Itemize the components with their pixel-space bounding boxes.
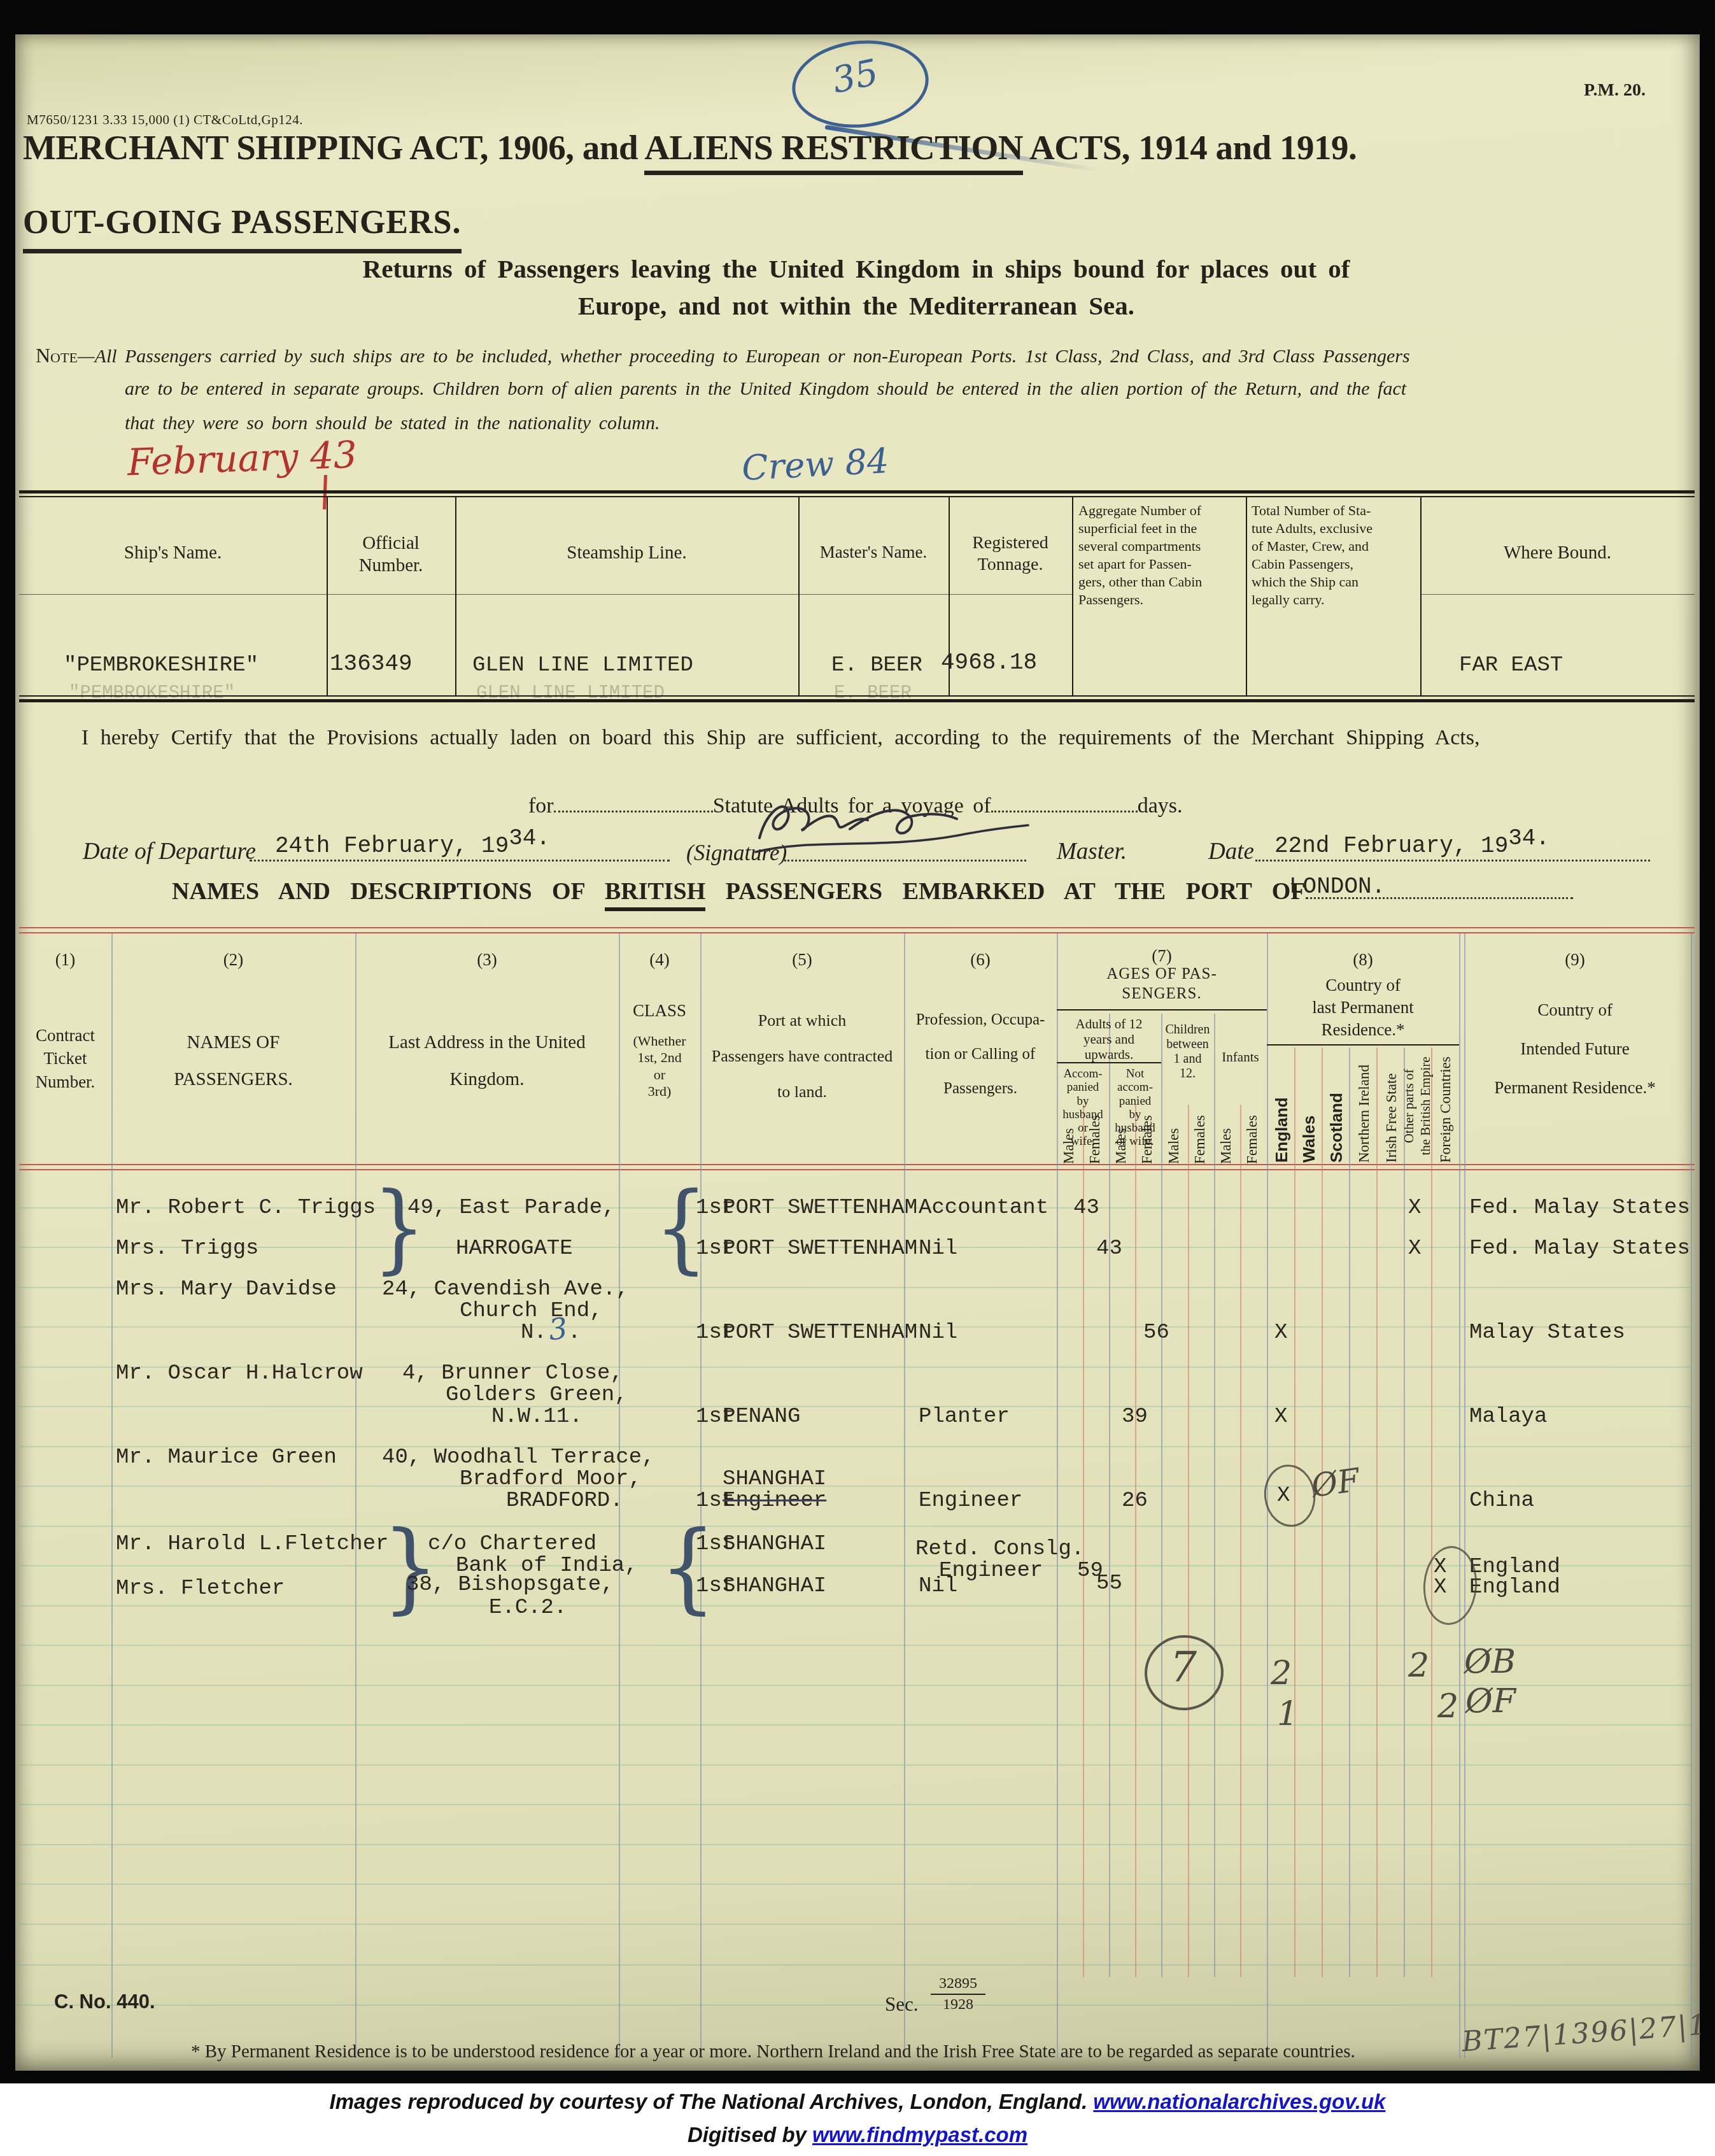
- credit-text1: Images reproduced by courtesy of The Nat…: [330, 2090, 1094, 2113]
- row3-age: 56: [1143, 1321, 1169, 1345]
- row1-profession: Accountant: [919, 1196, 1048, 1220]
- triggs-brace-right: {: [654, 1179, 708, 1276]
- row5-port: SHANGHAI: [723, 1467, 826, 1491]
- master-label: Master.: [1057, 838, 1127, 865]
- national-archives-link[interactable]: www.nationalarchives.gov.uk: [1093, 2090, 1385, 2113]
- header-children: Children between 1 and 12.: [1161, 1023, 1214, 1081]
- act-title: MERCHANT SHIPPING ACT, 1906, and ALIENS …: [23, 127, 1357, 167]
- master-name-value: E. BEER: [831, 653, 922, 677]
- row4-profession: Planter: [919, 1405, 1010, 1429]
- row2-name: Mrs. Triggs: [116, 1237, 258, 1261]
- steamship-line-carbon-ghost: GLEN LINE LIMITED: [476, 683, 665, 704]
- row3-residence-mark: X: [1274, 1321, 1287, 1345]
- credit-line1: Images reproduced by courtesy of The Nat…: [0, 2090, 1715, 2114]
- embark-title-part1: NAMES AND DESCRIPTIONS OF: [172, 878, 605, 905]
- res-foreign-countries: Foreign Countries: [1437, 1051, 1454, 1163]
- row7-age: 55: [1096, 1571, 1122, 1596]
- date-of-departure-label: Date of Departure: [83, 838, 256, 865]
- row7-port: SHANGHAI: [723, 1574, 826, 1598]
- date-label: Date: [1208, 838, 1254, 865]
- res-england: England: [1272, 1081, 1292, 1163]
- row3-profession: Nil: [919, 1321, 957, 1345]
- row7-profession: Nil: [919, 1574, 957, 1598]
- row4-address1: 4, Brunner Close,: [402, 1361, 623, 1386]
- outgoing-heading: OUT-GOING PASSENGERS.: [23, 204, 462, 253]
- steamship-line-value: GLEN LINE LIMITED: [472, 653, 693, 677]
- act-title-part1: MERCHANT SHIPPING ACT, 1906, and: [23, 128, 644, 167]
- row4-age: 39: [1122, 1405, 1148, 1429]
- ages-females-3: Females: [1192, 1090, 1208, 1164]
- embark-title-british: BRITISH: [605, 878, 705, 911]
- registered-tonnage-header: Registered Tonnage.: [949, 532, 1072, 575]
- row5-address1: 40, Woodhall Terrace,: [382, 1445, 654, 1470]
- row3-postal-district-handwritten: 3: [547, 1311, 569, 1347]
- handwritten-month: February 43: [127, 433, 358, 485]
- findmypast-link[interactable]: www.findmypast.com: [812, 2123, 1027, 2146]
- row3-port: PORT SWETTENHAM: [723, 1321, 917, 1345]
- row7-name: Mrs. Fletcher: [116, 1577, 285, 1601]
- row2-age: 43: [1096, 1237, 1122, 1261]
- credit-text2: Digitised by: [688, 2123, 812, 2146]
- returns-line2: Europe, and not within the Mediterranean…: [19, 290, 1693, 321]
- row3-address3: N.: [521, 1321, 547, 1345]
- statute-adults-header: Total Number of Sta- tute Adults, exclus…: [1252, 502, 1417, 609]
- row3-address2: Church End,: [460, 1299, 602, 1323]
- header-class-sub: (Whether 1st, 2nd or 3rd): [619, 1033, 700, 1100]
- col-number-9: (9): [1459, 950, 1691, 970]
- row6-address1: c/o Chartered: [428, 1532, 596, 1556]
- header-names: NAMES OF PASSENGERS.: [111, 1024, 355, 1098]
- official-number-value: 136349: [330, 651, 413, 677]
- col-number-6: (6): [904, 950, 1057, 970]
- row5-destination: China: [1469, 1489, 1534, 1513]
- row4-address3: N.W.11.: [491, 1405, 582, 1429]
- row4-name: Mr. Oscar H.Halcrow: [116, 1361, 363, 1386]
- row1-destination: Fed. Malay States: [1469, 1196, 1690, 1220]
- ship-name-carbon-ghost: "PEMBROKESHIRE": [69, 683, 235, 704]
- row6-profession1: Retd. Conslg.: [915, 1537, 1084, 1561]
- col-number-3: (3): [355, 950, 619, 970]
- superficial-feet-header: Aggregate Number of superficial feet in …: [1078, 502, 1243, 609]
- credits-band: Images reproduced by courtesy of The Nat…: [0, 2083, 1715, 2156]
- total-males: 2: [1271, 1654, 1292, 1692]
- res-scotland: Scotland: [1327, 1081, 1346, 1163]
- certify-date-main: 22nd February, 19: [1274, 833, 1508, 859]
- row4-residence-mark: X: [1274, 1405, 1287, 1429]
- row6-name: Mr. Harold L.Fletcher: [116, 1532, 388, 1556]
- header-last-address: Last Address in the United Kingdom.: [355, 1024, 619, 1098]
- row6-port: SHANGHAI: [723, 1532, 826, 1556]
- col-number-8: (8): [1267, 950, 1459, 970]
- fletcher-brace-right: {: [660, 1519, 716, 1617]
- total-ob-note: ØB: [1464, 1643, 1516, 1681]
- res-other-british-empire: Other parts of the British Empire: [1401, 1046, 1435, 1167]
- row2-destination: Fed. Malay States: [1469, 1237, 1690, 1261]
- master-name-header: Master's Name.: [798, 543, 949, 562]
- res-irish-free-state: Irish Free State: [1383, 1060, 1400, 1163]
- col-number-1: (1): [19, 950, 111, 970]
- row1-residence-mark: X: [1408, 1196, 1421, 1220]
- col-number-5: (5): [700, 950, 904, 970]
- steamship-line-header: Steamship Line.: [455, 543, 798, 564]
- master-carbon-ghost: E. BEER: [834, 683, 912, 704]
- row5-correction-note: ØF: [1309, 1461, 1362, 1505]
- total-of-note: ØF: [1465, 1682, 1516, 1720]
- row5-name: Mr. Maurice Green: [116, 1445, 337, 1470]
- total-females: 1: [1277, 1695, 1298, 1733]
- row4-address2: Golders Green,: [446, 1383, 628, 1407]
- official-number-header: Official Number.: [327, 532, 455, 577]
- header-class: CLASS: [619, 1001, 700, 1021]
- row4-port: PENANG: [723, 1405, 800, 1429]
- row1-name: Mr. Robert C. Triggs: [116, 1196, 376, 1220]
- col-number-7: (7): [1057, 946, 1267, 966]
- departure-date-year: 34.: [509, 825, 550, 851]
- row7-address2: E.C.2.: [489, 1596, 567, 1620]
- note-text1: —All Passengers carried by such ships ar…: [78, 346, 1410, 367]
- row2-profession: Nil: [919, 1237, 957, 1261]
- sec-fraction: 32895 1928: [931, 1975, 985, 2013]
- row3-destination: Malay States: [1469, 1321, 1625, 1345]
- row1-age: 43: [1073, 1196, 1099, 1220]
- row5-address3: BRADFORD.: [506, 1489, 623, 1513]
- row7-destination: England: [1469, 1575, 1560, 1599]
- ages-males-2: Males: [1113, 1103, 1129, 1164]
- note-label: Note: [36, 344, 78, 367]
- ship-name-header: Ship's Name.: [19, 543, 327, 564]
- ages-males-3: Males: [1166, 1103, 1182, 1164]
- row5-profession: Engineer: [919, 1489, 1022, 1513]
- tonnage-value: 4968.18: [941, 649, 1037, 676]
- header-adults12: Adults of 12 years and upwards.: [1057, 1016, 1161, 1062]
- control-number: C. No. 440.: [54, 1990, 155, 2013]
- row4-destination: Malaya: [1469, 1405, 1547, 1429]
- ages-males-4: Males: [1218, 1103, 1234, 1164]
- departure-date-main: 24th February, 19: [275, 833, 509, 859]
- returns-line1: Returns of Passengers leaving the United…: [19, 253, 1693, 284]
- certify-date-typed: 22nd February, 1934.: [1274, 833, 1549, 859]
- note-line3: that they were so born should be stated …: [125, 413, 660, 434]
- date-dotted-line: [1255, 860, 1650, 862]
- ages-females-1: Females: [1087, 1090, 1103, 1164]
- where-bound-value: FAR EAST: [1459, 653, 1563, 677]
- header-future-residence: Country of Intended Future Permanent Res…: [1459, 991, 1691, 1107]
- embark-port-typed: LONDON.: [1289, 874, 1385, 900]
- certify-line: I hereby Certify that the Provisions act…: [81, 726, 1480, 750]
- row5-port-struck-text: Engineer: [723, 1489, 826, 1513]
- note-line1: Note—All Passengers carried by such ship…: [36, 344, 1410, 367]
- ship-name-value: "PEMBROKESHIRE": [64, 653, 258, 677]
- embark-title-part2: PASSENGERS EMBARKED AT THE PORT OF: [705, 878, 1305, 905]
- scanned-passenger-manifest: M7650/1231 3.33 15,000 (1) CT&CoLtd,Gp12…: [0, 0, 1715, 2156]
- handwritten-crew: Crew 84: [741, 441, 890, 488]
- total-foreign: 2: [1437, 1687, 1458, 1726]
- res-northern-ireland: Northern Ireland: [1356, 1052, 1373, 1163]
- form-code: P.M. 20.: [1584, 80, 1646, 101]
- row2-address: HARROGATE: [456, 1237, 573, 1261]
- total-adults: 7: [1170, 1643, 1197, 1692]
- row1-address: 49, East Parade,: [407, 1196, 615, 1220]
- master-signature: [754, 788, 1047, 865]
- credit-line2: Digitised by www.findmypast.com: [0, 2123, 1715, 2147]
- row5-address2: Bradford Moor,: [460, 1467, 642, 1491]
- row3-address3-dot: .: [568, 1321, 581, 1345]
- row2-residence-mark: X: [1408, 1237, 1421, 1261]
- sec-denominator: 1928: [931, 1995, 985, 2013]
- act-title-underlined: ALIENS RESTRICTION: [644, 128, 1023, 175]
- note-line2: are to be entered in separate groups. Ch…: [125, 378, 1406, 400]
- total-empire: 2: [1408, 1647, 1429, 1685]
- certify-date-year: 34.: [1508, 825, 1549, 851]
- col-number-4: (4): [619, 950, 700, 970]
- row2-port: PORT SWETTENHAM: [723, 1237, 917, 1261]
- triggs-brace-left: }: [372, 1179, 426, 1276]
- permanent-residence-footnote: * By Permanent Residence is to be unders…: [191, 2041, 1355, 2062]
- sec-label: Sec.: [885, 1993, 919, 2016]
- col-number-2: (2): [111, 950, 355, 970]
- sec-numerator: 32895: [931, 1975, 985, 1995]
- ages-females-4: Females: [1244, 1090, 1260, 1164]
- ages-females-2: Females: [1139, 1090, 1155, 1164]
- header-ages-title: AGES OF PAS- SENGERS.: [1057, 964, 1267, 1004]
- row3-name: Mrs. Mary Davidse: [116, 1277, 337, 1301]
- ages-males-1: Males: [1061, 1103, 1077, 1164]
- row1-port: PORT SWETTENHAM: [723, 1196, 917, 1220]
- row7-address1: 38, Bishopsgate,: [406, 1573, 614, 1597]
- res-wales: Wales: [1299, 1105, 1319, 1163]
- for-label: for: [528, 794, 554, 818]
- header-port-contracted: Port at which Passengers have contracted…: [700, 1003, 904, 1110]
- header-profession: Profession, Occupa- tion or Calling of P…: [904, 1003, 1057, 1105]
- header-contract-ticket: Contract Ticket Number.: [19, 1024, 111, 1093]
- departure-dotted-line: [250, 860, 670, 862]
- header-infants: Infants: [1214, 1049, 1267, 1065]
- row5-age: 26: [1122, 1489, 1148, 1513]
- where-bound-header: Where Bound.: [1420, 543, 1695, 564]
- blank-leader: [554, 791, 713, 812]
- act-title-part2: ACTS, 1914 and 1919.: [1023, 128, 1357, 167]
- printer-code: M7650/1231 3.33 15,000 (1) CT&CoLtd,Gp12…: [27, 112, 303, 128]
- header-last-residence: Country of last Permanent Residence.*: [1267, 974, 1459, 1041]
- row3-address1: 24, Cavendish Ave.,: [382, 1277, 629, 1301]
- departure-date-typed: 24th February, 1934.: [275, 833, 550, 859]
- days-label: days.: [1138, 794, 1183, 818]
